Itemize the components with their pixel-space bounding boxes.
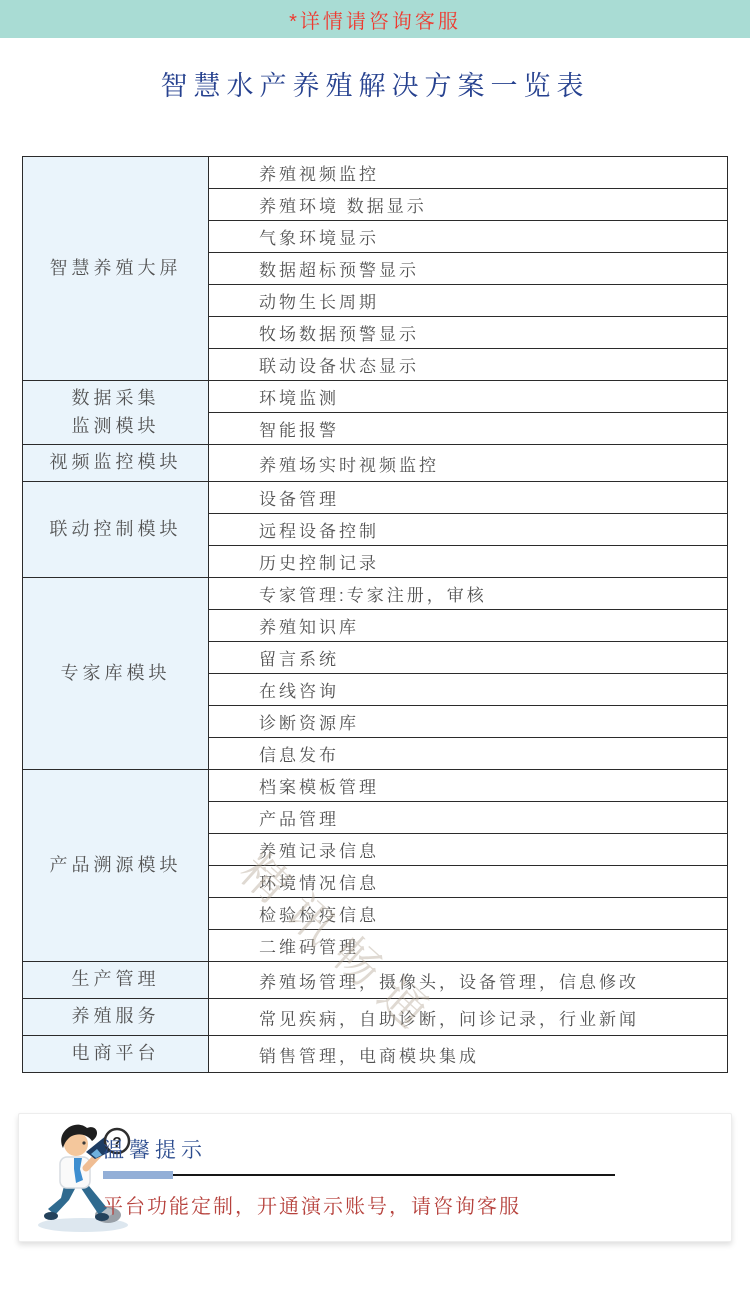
tip-divider [103,1171,615,1179]
category-cell: 数据采集 监测模块 [23,381,209,445]
feature-cell: 专家管理:专家注册，审核 [209,578,728,610]
feature-cell: 养殖场管理，摄像头，设备管理，信息修改 [209,962,728,999]
tip-card: ? 温馨提示 平台功能定制，开通演示账号，请咨询客服 [18,1113,732,1242]
feature-cell: 二维码管理 [209,930,728,962]
table-row: 联动控制模块设备管理 [23,482,728,514]
feature-cell: 数据超标预警显示 [209,253,728,285]
feature-cell: 牧场数据预警显示 [209,317,728,349]
feature-cell: 档案模板管理 [209,770,728,802]
feature-cell: 气象环境显示 [209,221,728,253]
feature-cell: 环境情况信息 [209,866,728,898]
feature-cell: 设备管理 [209,482,728,514]
solution-table-body: 智慧养殖大屏养殖视频监控养殖环境 数据显示气象环境显示数据超标预警显示动物生长周… [23,157,728,1073]
tip-title: 温馨提示 [103,1134,207,1164]
table-row: 视频监控模块养殖场实时视频监控 [23,445,728,482]
category-cell: 养殖服务 [23,999,209,1036]
feature-cell: 检验检疫信息 [209,898,728,930]
feature-cell: 留言系统 [209,642,728,674]
table-row: 智慧养殖大屏养殖视频监控 [23,157,728,189]
table-row: 生产管理养殖场管理，摄像头，设备管理，信息修改 [23,962,728,999]
feature-cell: 智能报警 [209,413,728,445]
feature-cell: 远程设备控制 [209,514,728,546]
category-cell: 生产管理 [23,962,209,999]
table-row: 电商平台销售管理，电商模块集成 [23,1036,728,1073]
feature-cell: 在线咨询 [209,674,728,706]
tip-divider-line [173,1174,615,1176]
feature-cell: 销售管理，电商模块集成 [209,1036,728,1073]
feature-cell: 动物生长周期 [209,285,728,317]
banner-text: *详情请咨询客服 [289,5,461,34]
page-title: 智慧水产养殖解决方案一览表 [0,68,750,104]
feature-cell: 诊断资源库 [209,706,728,738]
solution-table: 智慧养殖大屏养殖视频监控养殖环境 数据显示气象环境显示数据超标预警显示动物生长周… [22,156,728,1073]
page: *详情请咨询客服 智慧水产养殖解决方案一览表 智慧养殖大屏养殖视频监控养殖环境 … [0,0,750,1315]
table-row: 数据采集 监测模块环境监测 [23,381,728,413]
feature-cell: 养殖记录信息 [209,834,728,866]
feature-cell: 产品管理 [209,802,728,834]
feature-cell: 养殖视频监控 [209,157,728,189]
table-row: 专家库模块专家管理:专家注册，审核 [23,578,728,610]
top-banner: *详情请咨询客服 [0,0,750,38]
category-cell: 产品溯源模块 [23,770,209,962]
feature-cell: 联动设备状态显示 [209,349,728,381]
feature-cell: 养殖知识库 [209,610,728,642]
feature-cell: 历史控制记录 [209,546,728,578]
feature-cell: 信息发布 [209,738,728,770]
table-row: 养殖服务常见疾病，自助诊断，问诊记录，行业新闻 [23,999,728,1036]
category-cell: 专家库模块 [23,578,209,770]
tip-message: 平台功能定制，开通演示账号，请咨询客服 [103,1190,521,1219]
category-cell: 电商平台 [23,1036,209,1073]
category-cell: 联动控制模块 [23,482,209,578]
table-row: 产品溯源模块档案模板管理 [23,770,728,802]
feature-cell: 环境监测 [209,381,728,413]
feature-cell: 养殖场实时视频监控 [209,445,728,482]
feature-cell: 养殖环境 数据显示 [209,189,728,221]
feature-cell: 常见疾病，自助诊断，问诊记录，行业新闻 [209,999,728,1036]
category-cell: 智慧养殖大屏 [23,157,209,381]
tip-divider-bar [103,1171,173,1179]
category-cell: 视频监控模块 [23,445,209,482]
